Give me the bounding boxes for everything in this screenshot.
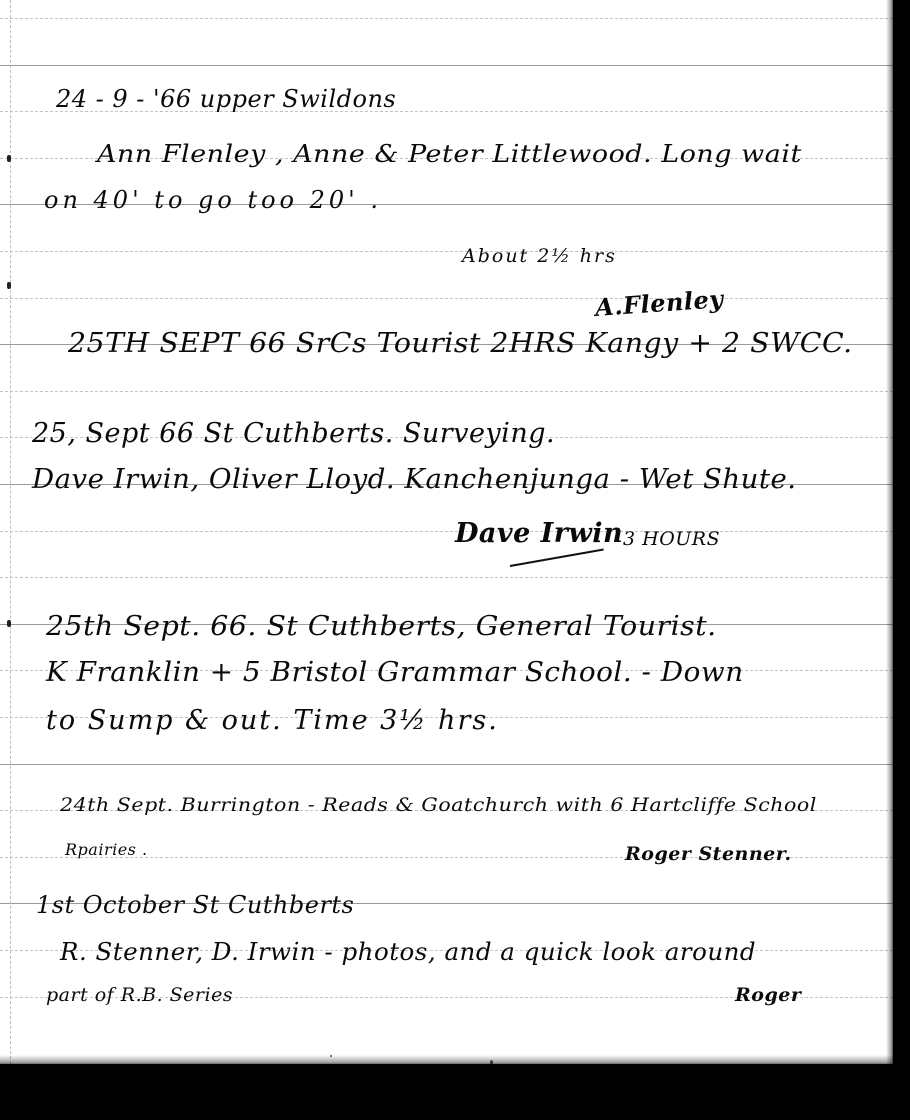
entry-1-signature: A.Flenley	[594, 287, 724, 320]
entry-6-signature: Roger	[735, 986, 801, 1005]
entry-3-line-2: Dave Irwin, Oliver Lloyd. Kanchenjunga -…	[32, 466, 797, 493]
ruled-line	[0, 251, 893, 252]
entry-1-line-2: Ann Flenley , Anne & Peter Littlewood. L…	[97, 142, 802, 166]
page-bottom-edge	[0, 1055, 893, 1064]
entry-4-line-2: K Franklin + 5 Bristol Grammar School. -…	[46, 659, 744, 686]
entry-6-line-2: R. Stenner, D. Irwin - photos, and a qui…	[60, 940, 756, 964]
log-book-page: 24 - 9 - '66 upper Swildons Ann Flenley …	[0, 0, 893, 1064]
entry-3-duration: 3 HOURS	[623, 530, 720, 549]
entry-4-line-1: 25th Sept. 66. St Cuthberts, General Tou…	[46, 613, 717, 640]
ruled-line	[0, 18, 893, 19]
margin-mark	[7, 282, 11, 289]
entry-5-line-1: 24th Sept. Burrington - Reads & Goatchur…	[60, 796, 817, 815]
ruled-line	[0, 577, 893, 578]
entry-6-line-1: 1st October St Cuthberts	[36, 893, 354, 917]
margin-mark	[7, 155, 11, 162]
page-right-edge	[886, 0, 893, 1064]
entry-3-signature: Dave Irwin	[455, 520, 623, 547]
entry-4-line-3: to Sump & out. Time 3½ hrs.	[46, 707, 499, 734]
margin-mark	[7, 620, 11, 627]
entry-3-line-1: 25, Sept 66 St Cuthberts. Surveying.	[32, 420, 555, 447]
ruled-line	[0, 391, 893, 392]
entry-6-line-3: part of R.B. Series	[46, 986, 233, 1005]
ruled-line	[0, 764, 893, 765]
ruled-line	[0, 531, 893, 532]
entry-1-line-3: on 40' to go too 20' .	[44, 188, 382, 212]
entry-2-line-1: 25TH SEPT 66 SrCs Tourist 2HRS Kangy + 2…	[68, 330, 853, 357]
signature-flourish	[510, 549, 604, 567]
entry-1-duration: About 2½ hrs	[462, 247, 617, 266]
ruled-line	[0, 298, 893, 299]
entry-5-line-2: Rpairies .	[65, 842, 148, 858]
ruled-line	[0, 65, 893, 66]
entry-1-line-1: 24 - 9 - '66 upper Swildons	[56, 87, 396, 111]
entry-5-signature: Roger Stenner.	[625, 845, 792, 864]
